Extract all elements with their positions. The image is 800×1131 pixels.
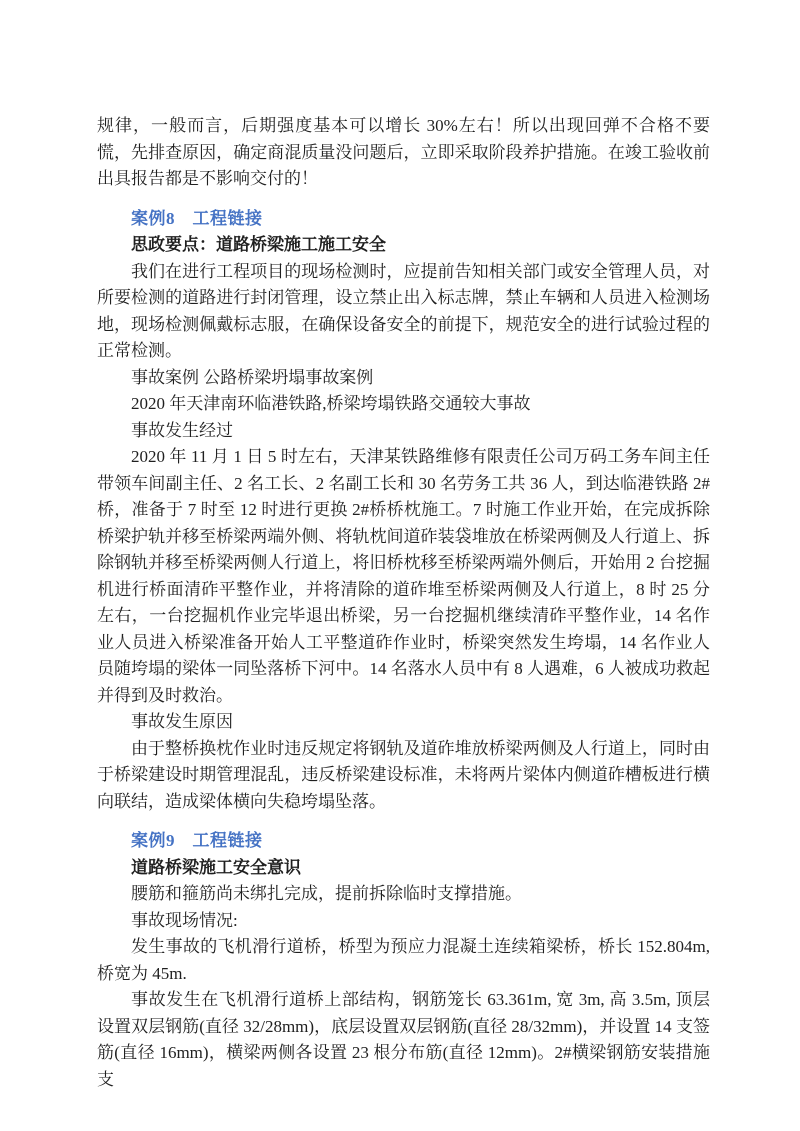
case8-cause-label: 事故发生原因 [97,709,710,736]
case8-process-paragraph: 2020 年 11 月 1 日 5 时左右，天津某铁路维修有限责任公司万码工务车… [97,444,710,709]
case8-intro-paragraph: 我们在进行工程项目的现场检测时，应提前告知相关部门或安全管理人员，对所要检测的道… [97,259,710,365]
document-content: 规律，一般而言，后期强度基本可以增长 30%左右！所以出现回弹不合格不要慌，先排… [97,113,710,1093]
case9-scene-paragraph-2: 事故发生在飞机滑行道桥上部结构，钢筋笼长 63.361m, 宽 3m, 高 3.… [97,987,710,1093]
case8-process-label: 事故发生经过 [97,418,710,445]
case8-case-subtitle: 2020 年天津南环临港铁路,桥梁垮塌铁路交通较大事故 [97,391,710,418]
case8-cause-paragraph: 由于整桥换枕作业时违反规定将钢轨及道砟堆放桥梁两侧及人行道上，同时由于桥梁建设时… [97,736,710,816]
intro-paragraph: 规律，一般而言，后期强度基本可以增长 30%左右！所以出现回弹不合格不要慌，先排… [97,113,710,193]
document-page: 规律，一般而言，后期强度基本可以增长 30%左右！所以出现回弹不合格不要慌，先排… [0,0,800,1131]
case8-case-title: 事故案例 公路桥梁坍塌事故案例 [97,365,710,392]
case9-scene-label: 事故现场情况: [97,908,710,935]
case9-summary: 腰筋和箍筋尚未绑扎完成，提前拆除临时支撑措施。 [97,881,710,908]
case9-heading: 案例9 工程链接 [97,828,710,855]
case9-scene-paragraph-1: 发生事故的飞机滑行道桥，桥型为预应力混凝土连续箱梁桥，桥长 152.804m,桥… [97,934,710,987]
case8-key-point: 思政要点：道路桥梁施工施工安全 [97,232,710,259]
case8-heading: 案例8 工程链接 [97,206,710,233]
case9-key-point: 道路桥梁施工安全意识 [97,855,710,882]
